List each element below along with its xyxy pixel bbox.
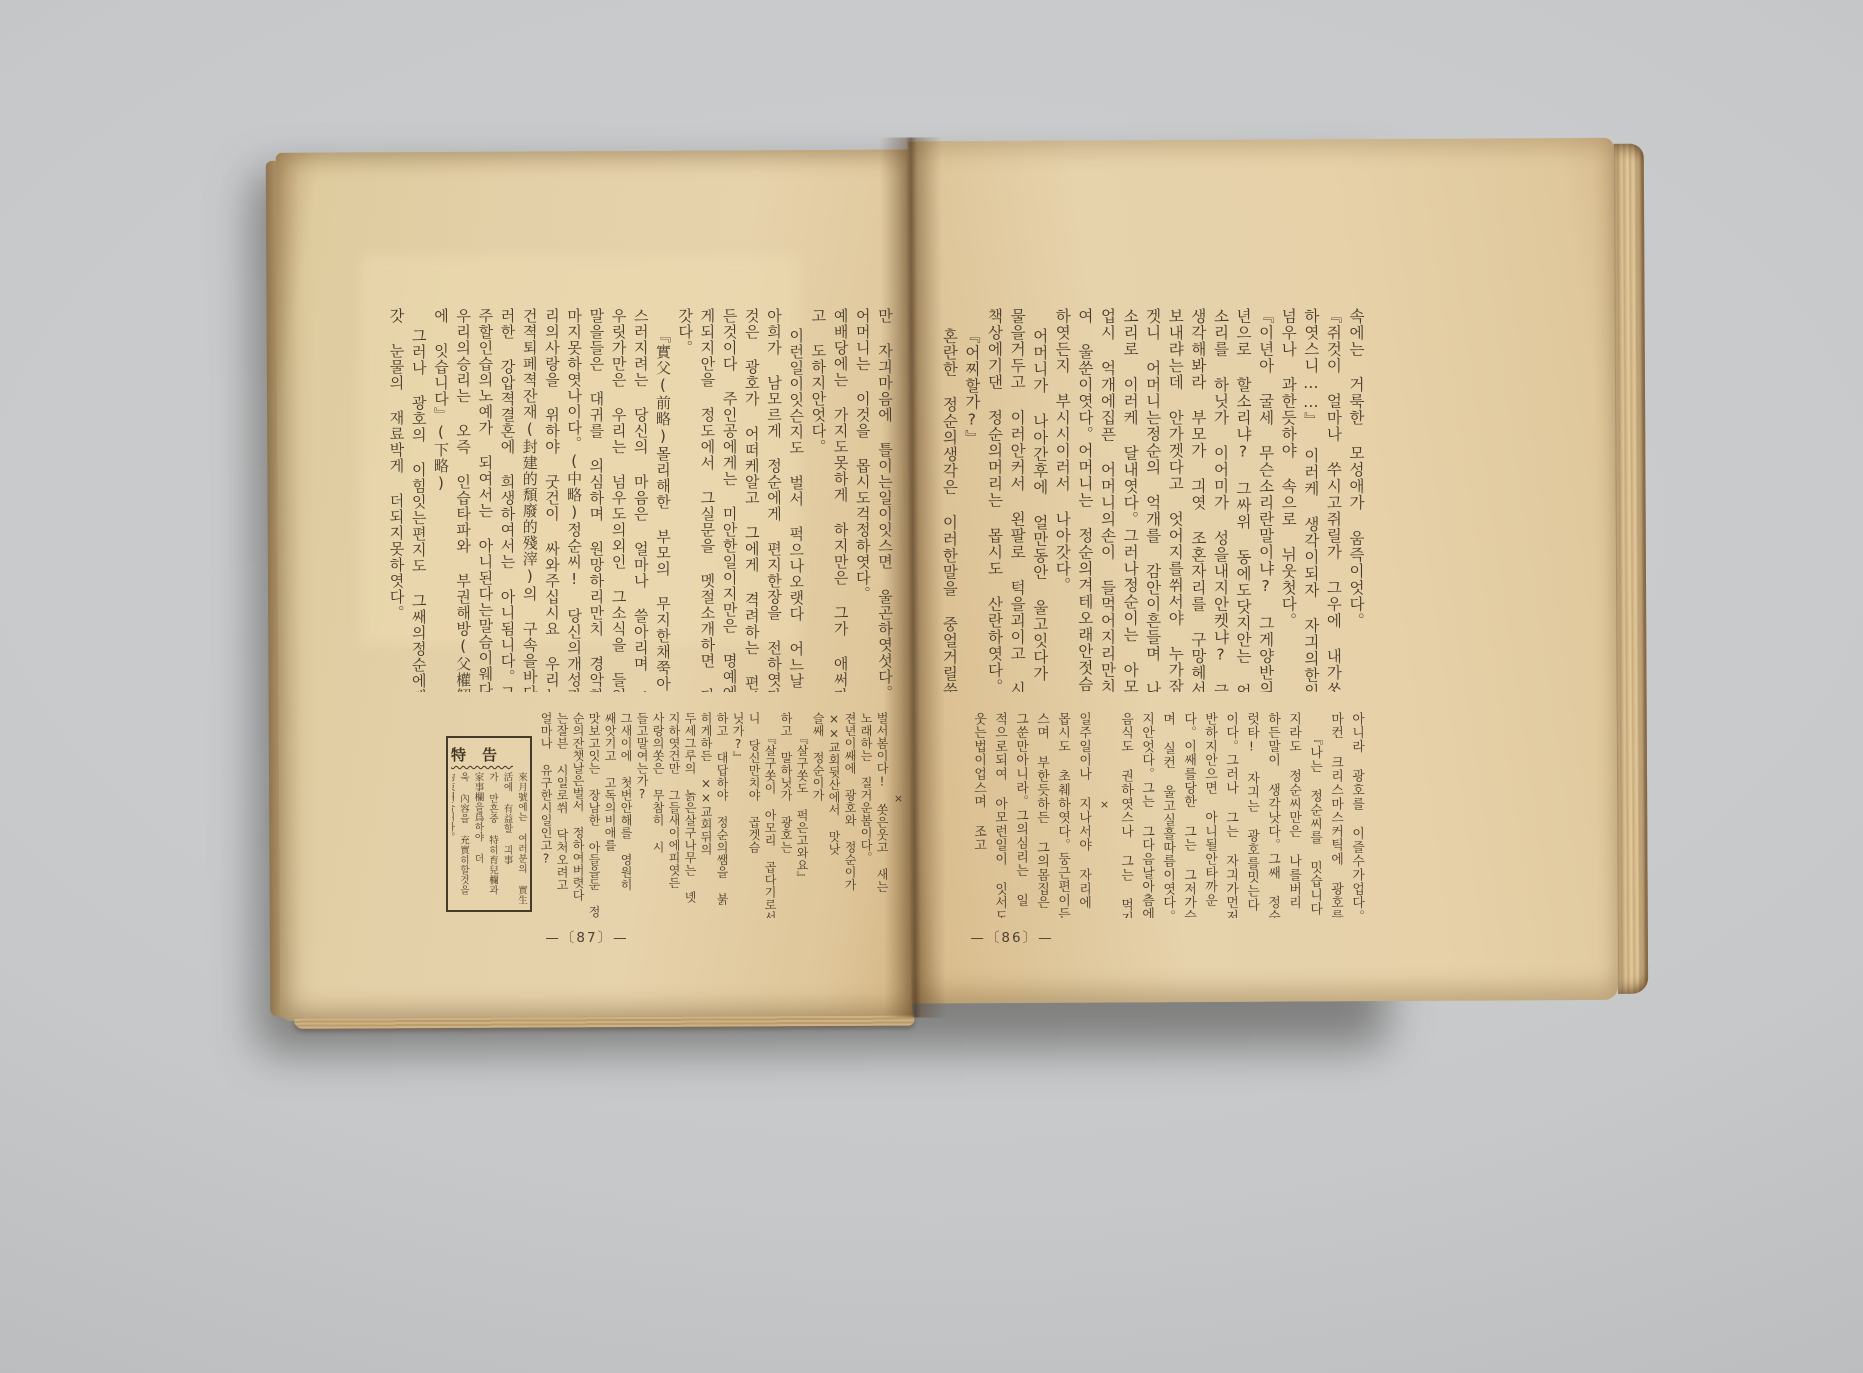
text-column: 것은 광호가 어떠케알고 그에게 격려하는 편지이엿 bbox=[741, 308, 763, 692]
text-column: 하고 말하닛가 광호는 bbox=[778, 712, 794, 918]
page87-top-text-block: 만 자긔마음에 틀이는일이잇스면 울곤하엿섯다。그의어머니는 이것을 몹시도걱정… bbox=[378, 308, 896, 692]
text-column: 욱 內容을 充實히할것을 約束해둡니다。 bbox=[452, 772, 470, 906]
text-column: 마지못하엿나이다。(中略)정순씨! 당신의개성과 우 bbox=[563, 308, 585, 692]
text-column: 하엿스니……』 이러케 생각이되자 자긔의한일이 bbox=[1299, 308, 1322, 692]
text-column: 가 만흔중 特히育兒欄과 家事欄을爲하야 더 bbox=[470, 772, 499, 906]
text-column: 속에는 거룩한 모성애가 움즉이엇다。 bbox=[1344, 308, 1367, 692]
text-column: 사랑의쏫은 무참히 시 bbox=[650, 712, 666, 918]
text-column: 어머니가 나아간후에 얼만동안 울고잇다가 겨우눈 bbox=[1028, 308, 1051, 692]
text-column: 슬쌔 정순이가 bbox=[810, 712, 826, 918]
text-column: 우리의승리는 오즉 인습타파와 부권해방(父權解放) bbox=[452, 308, 474, 692]
text-column: 보내랴는데 안가겟다고 엇어지를쒸서야 누가잠자코잇 bbox=[1164, 308, 1187, 692]
text-column: 년으로 할소리냐? 그싸위 동에도닷지안는 엉큼한 bbox=[1231, 308, 1254, 692]
page86-bottom-text-block: 아니라 광호를 이즐수가업다。마컨 크리스마스커틱에 광호를『나는 정순씨를 밋… bbox=[950, 712, 1367, 918]
text-column: 얼마나 유구한시일인고? bbox=[538, 712, 554, 918]
text-column: 하든말이 생각낫다。그쌔 정순 bbox=[1262, 712, 1283, 918]
text-column: 음식도 권하엿스나 그는 먹지 bbox=[1115, 712, 1136, 918]
text-column: 고 도하지안엇다。 bbox=[807, 308, 829, 692]
text-column: 아희가 남모르게 정순에게 편지한장을 전하엿다。그 bbox=[763, 308, 785, 692]
text-column: 게되지안을 정도에서 그실문을 멧절소개하면 다음과 bbox=[696, 308, 718, 692]
text-column: 맛보고잇는 장남한 아들을둔 정 bbox=[586, 712, 602, 918]
section-divider-mark: × bbox=[1094, 712, 1115, 918]
page-number-87: —〔87〕— bbox=[527, 926, 647, 946]
text-column: 그새이에 첫번안해를 영원히 bbox=[618, 712, 634, 918]
page-number-86: —〔86〕— bbox=[952, 926, 1072, 946]
text-column: 는잘븐 시일로쒸 닥처오려고 bbox=[554, 712, 570, 918]
text-column: 업시 억개에집픈 어머니의손이 들먹어지리만치 늣기 bbox=[1096, 308, 1119, 692]
text-column: 넘우나 과한듯하야 속으로 뉘웃첫다。 bbox=[1277, 308, 1300, 692]
text-column: 며 실컨 울고실흘따름이엿다。 bbox=[1157, 712, 1178, 918]
text-column: ××교회뒷산에서 맛낫 bbox=[826, 712, 842, 918]
text-column: 스러지려는 당신의 마음은 얼마나 쓸아리며 괴로 bbox=[630, 308, 652, 692]
text-column: 『살구쏫도 퍽은고와요』 bbox=[794, 712, 810, 918]
text-column: 반하지안으면 아니될안타까운 bbox=[1199, 712, 1220, 918]
page87-bottom-text-block: ×벌서봄이다! 쏫은웃고 새는노래하는 질거운봄이다。젼년이쌔에 광호와 정순이… bbox=[536, 712, 906, 918]
special-notice-box: 特告 來月號에는 여러분의 實生活에 有益할 긔事가 만흔중 特히育兒欄과 家事… bbox=[446, 736, 532, 912]
text-column: 일주일이나 지나서야 자리에 bbox=[1073, 712, 1094, 918]
text-column: 『어찌할가?』 bbox=[960, 308, 983, 692]
text-column: 혼란한 정순의생각은 이러한말을 중얼거릴쑨이엿다。 bbox=[938, 308, 961, 692]
text-column: 니 당신만치야 곱겟슴 bbox=[746, 712, 762, 918]
text-column: 갓 눈물의 재료박게 더되지못하엿다。 bbox=[385, 308, 407, 692]
text-column: 물을거두고 이러안커서 왼팔로 턱을괴이고 시름업시 bbox=[1006, 308, 1029, 692]
text-column: 지라도 정순씨만은 나를버리 bbox=[1283, 712, 1304, 918]
text-column: 어머니는 이것을 몹시도걱정하엿다。 bbox=[852, 308, 874, 692]
text-column: 순의잔챗날은벌서 정하여버렷다 bbox=[570, 712, 586, 918]
text-column: 우릿가만은 우리는 넘우도의외인 그소식을 들엇슬쌔 그 bbox=[607, 308, 629, 692]
text-column: 소리를 하닛가 이어미가 성을내지안켓냐? 글세너도 bbox=[1209, 308, 1232, 692]
text-column: 책상에기댄 정순의머리는 몹시도 산란하엿다。 bbox=[983, 308, 1006, 692]
text-column: 지안엇다。그는 그다음날아츰에 몸이편 bbox=[1136, 712, 1157, 918]
text-column: 들고말여는가? bbox=[634, 712, 650, 918]
text-column: 몹시도 초췌하엿다。둥근편이든 bbox=[1052, 712, 1073, 918]
text-column: 『살구쏫이 아모리 곱다기로서 bbox=[762, 712, 778, 918]
text-column: 『나는 정순씨를 밋습니다 bbox=[1304, 712, 1325, 918]
text-column: 하엿든지 부시시이러서 나아갓다。 bbox=[1051, 308, 1074, 692]
text-column: 적으로되여 아모런일이 잇서도 bbox=[989, 712, 1010, 918]
text-column: 웃는법이업스며 조고 bbox=[968, 712, 989, 918]
text-column: 든것이다 주인공에게는 미안한일이지만은 명예에관 bbox=[718, 308, 740, 692]
text-column: 하고 대답하야 정순의쌤을 붉 bbox=[714, 712, 730, 918]
notice-title: 特告 bbox=[437, 744, 527, 765]
text-column: 리의사랑을 위하야 굿건이 싸와주십시요 우리는 봉 bbox=[541, 308, 563, 692]
text-column: 『이년아 굴세 무슨소리란말이냐? 그게양반의집 딸 bbox=[1254, 308, 1277, 692]
text-column: 건젹퇴페젹잔재(封建的頹廢的殘滓)의 구속을바다 그 bbox=[519, 308, 541, 692]
text-column: 히게하든 ××교회뒤의 bbox=[698, 712, 714, 918]
page-stack-fore-edge bbox=[1614, 144, 1648, 994]
text-column: 벌서봄이다! 쏫은웃고 새는 bbox=[874, 712, 890, 918]
text-column: 두세그루의 놁은살구나무는 녯 bbox=[682, 712, 698, 918]
text-column: 來月號에는 여러분의 實生活에 有益할 긔事 bbox=[499, 772, 528, 906]
photo-of-open-book: 속에는 거룩한 모성애가 움즉이엇다。『쥐것이 얼마나 쑤시고쥐릴가 그우에 내… bbox=[0, 0, 1863, 1373]
text-column: 예배당에는 가지도못하게 하지만은 그가 애써가려 bbox=[829, 308, 851, 692]
text-column: 노래하는 질거운봄이다。 bbox=[858, 712, 874, 918]
text-column: 만 자긔마음에 틀이는일이잇스면 울곤하엿섯다。그의 bbox=[874, 308, 896, 692]
text-column: 스며 부한듯하든 그의몸집은 bbox=[1031, 712, 1052, 918]
text-column: 갓다。 bbox=[674, 308, 696, 692]
text-column: 러한 강압젹결혼에 희생하여서는 아니됨니다。그 bbox=[496, 308, 518, 692]
text-column: 럿타! 자긔는 광호를밋는다 bbox=[1241, 712, 1262, 918]
page86-top-text-block: 속에는 거룩한 모성애가 움즉이엇다。『쥐것이 얼마나 쑤시고쥐릴가 그우에 내… bbox=[925, 308, 1367, 692]
text-column: 닛가?』 bbox=[730, 712, 746, 918]
text-column: 그러나 광호의 이힘잇는편지도 그쌔의정순에게는 한 bbox=[408, 308, 430, 692]
text-column: 겟니 어머니는정순의 억개를 감안이흔들며 나직한목 bbox=[1141, 308, 1164, 692]
text-column: 이다。그러나 그는 자긔가먼저 bbox=[1220, 712, 1241, 918]
text-column: 말을들은 대귀를 의심하며 원망하리만치 경악함을 bbox=[585, 308, 607, 692]
text-column: 주할인습의노예가 되여서는 아니된다는말슴이웨다。 bbox=[474, 308, 496, 692]
text-column: 여 울쑨이엿다。어머니는 정순의겨테오래안젓슴이미안 bbox=[1073, 308, 1096, 692]
text-column: 『實父(前略)몰리해한 부모의 무지한채쭉아래 악착히 bbox=[652, 308, 674, 692]
notice-text-block: 來月號에는 여러분의 實生活에 有益할 긔事가 만흔중 特히育兒欄과 家事欄을爲… bbox=[452, 772, 528, 906]
text-column: 『쥐것이 얼마나 쑤시고쥐릴가 그우에 내가쏘손질을 bbox=[1322, 308, 1345, 692]
text-column: 그쑨만아니라。그의심리는 일 bbox=[1010, 712, 1031, 918]
text-column: 지하엿건만 그들새이에피엿든 bbox=[666, 712, 682, 918]
text-column: 젼년이쌔에 광호와 정순이가 bbox=[842, 712, 858, 918]
section-divider-mark: × bbox=[890, 712, 906, 918]
text-column: 생각해봐라 부모가 긔엿 조혼자리를 구망헤서 시집 bbox=[1186, 308, 1209, 692]
text-column: 에 잇습니다』(下略) bbox=[430, 308, 452, 692]
text-column: 이런일이잇슨지도 벌서 퍽으나오랫다 어느날 졋집 bbox=[785, 308, 807, 692]
text-column: 마컨 크리스마스커틱에 광호를 bbox=[1325, 712, 1346, 918]
text-column: 다。이쌔를당한 그는 그저가슴 bbox=[1178, 712, 1199, 918]
text-column: 아니라 광호를 이즐수가업다。 bbox=[1346, 712, 1367, 918]
text-column: 소리로 이러케 달내엿다。그러나정순이는 아모대답도 bbox=[1118, 308, 1141, 692]
text-column: 쌔앗기고 고독의비애를 bbox=[602, 712, 618, 918]
